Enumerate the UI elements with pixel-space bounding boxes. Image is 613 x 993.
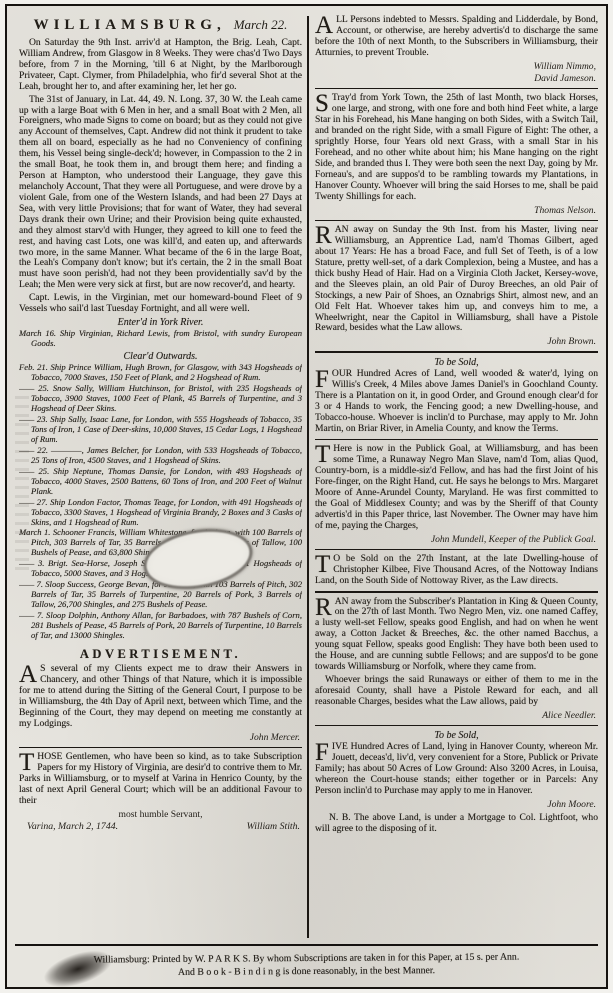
ad-body-text: Tray'd from York Town, the 25th of last …: [315, 92, 598, 201]
to-be-sold-heading: To be Sold,: [315, 357, 598, 368]
ad-four-hundred-acres: To be Sold, FOUR Hundred Acres of Land, …: [315, 357, 598, 435]
masthead: WILLIAMSBURG, March 22.: [19, 16, 302, 34]
ad-body-text: AN away on Sunday the 9th Inst. from his…: [315, 224, 598, 333]
drop-cap: F: [315, 742, 332, 763]
ad-paragraph: THere is now in the Publick Goal, at Wil…: [315, 444, 598, 531]
shipping-entry: —— 27. Ship London Factor, Thomas Teage,…: [19, 498, 302, 528]
masthead-date: March 22.: [234, 17, 288, 32]
section-rule: [315, 351, 598, 353]
ad-paragraph: STray'd from York Town, the 25th of last…: [315, 93, 598, 202]
ad-paragraph: FOUR Hundred Acres of Land, well wooded …: [315, 369, 598, 435]
signature: William Nimmo,: [315, 61, 596, 72]
entered-in-york-river-heading: Enter'd in York River.: [19, 317, 302, 328]
news-paragraph: On Saturday the 9th Inst. arriv'd at Ham…: [19, 38, 302, 93]
ad-paragraph: RAN away from the Subscriber's Plantatio…: [315, 597, 598, 673]
ad-runaway-apprentice: RAN away on Sunday the 9th Inst. from hi…: [315, 225, 598, 347]
ad-body-text: IVE Hundred Acres of Land, lying in Hano…: [315, 741, 598, 796]
news-paragraph: The 31st of January, in Lat. 44, 49. N. …: [19, 95, 302, 292]
cleared-outwards-heading: Clear'd Outwards.: [19, 351, 302, 362]
drop-cap: F: [315, 369, 332, 390]
shipping-entry: —— 3. Brigt. Sea-Horse, Joseph Stevens, …: [19, 559, 302, 579]
drop-cap: R: [315, 597, 335, 618]
shipping-entry: —— 25. Ship Neptune, Thomas Dansie, for …: [19, 467, 302, 497]
ad-body-text: OUR Hundred Acres of Land, well wooded &…: [315, 368, 598, 434]
section-rule: [19, 747, 302, 749]
ad-publick-goal: THere is now in the Publick Goal, at Wil…: [315, 444, 598, 544]
dateline: Varina, March 2, 1744.: [27, 821, 118, 832]
ad-body-text: S several of my Clients expect me to dra…: [19, 663, 302, 729]
drop-cap: S: [315, 93, 332, 114]
section-rule: [315, 220, 598, 222]
shipping-entry: March 16. Ship Virginian, Richard Lewis,…: [19, 329, 302, 349]
ad-paragraph: ALL Persons indebted to Messrs. Spalding…: [315, 15, 598, 59]
shipping-entry: Feb. 21. Ship Prince William, Hugh Brown…: [19, 363, 302, 383]
dateline-row: Varina, March 2, 1744. William Stith.: [27, 821, 300, 832]
ad-paragraph: RAN away on Sunday the 9th Inst. from hi…: [315, 225, 598, 334]
ad-paragraph: TO be Sold on the 27th Instant, at the l…: [315, 554, 598, 587]
section-rule: [315, 725, 598, 727]
nota-bene: N. B. The above Land, is under a Mortgag…: [315, 813, 598, 835]
signature: John Brown.: [315, 336, 596, 347]
newspaper-scan-page: WILLIAMSBURG, March 22. On Saturday the …: [0, 0, 613, 993]
signature: David Jameson.: [315, 73, 596, 84]
shipping-entry: —— 7. Sloop Success, George Bevan, for J…: [19, 580, 302, 610]
advertisement-heading: ADVERTISEMENT.: [19, 647, 302, 662]
page-border-frame: WILLIAMSBURG, March 22. On Saturday the …: [5, 4, 608, 989]
signature: Thomas Nelson.: [315, 205, 596, 216]
shipping-entry: March 1. Schooner Francis, William White…: [19, 528, 302, 558]
left-column: WILLIAMSBURG, March 22. On Saturday the …: [19, 14, 302, 936]
ad-paragraph: FIVE Hundred Acres of Land, lying in Han…: [315, 742, 598, 797]
drop-cap: T: [19, 752, 37, 773]
shipping-entry: —— 23. Ship Sally, Isaac Lane, for Londo…: [19, 415, 302, 445]
ad-body-text: AN away from the Subscriber's Plantation…: [315, 596, 598, 673]
to-be-sold-heading: To be Sold,: [315, 730, 598, 741]
section-rule: [315, 439, 598, 441]
closing-line: most humble Servant,: [19, 809, 302, 820]
ad-nottoway-land: TO be Sold on the 27th Instant, at the l…: [315, 554, 598, 587]
signature: John Mercer.: [19, 732, 300, 743]
ad-strayed-horses: STray'd from York Town, the 25th of last…: [315, 93, 598, 215]
signature: John Moore.: [315, 799, 596, 810]
ad-body-text: LL Persons indebted to Messrs. Spalding …: [315, 14, 598, 58]
drop-cap: A: [19, 664, 40, 685]
shipping-entry: —— 7. Sloop Dolphin, Anthony Allan, for …: [19, 611, 302, 641]
ad-spalding-lidderdale: ALL Persons indebted to Messrs. Spalding…: [315, 15, 598, 84]
footer-rule: [15, 944, 598, 946]
printer-imprint: Williamsburg: Printed by W. P A R K S. B…: [15, 951, 598, 981]
column-divider: [307, 16, 309, 938]
news-paragraph: Capt. Lewis, in the Virginian, met our h…: [19, 293, 302, 315]
ad-paragraph: Whoever brings the said Runaways or eith…: [315, 675, 598, 708]
signature: Alice Needler.: [315, 710, 596, 721]
ad-body-text: Here is now in the Publick Goal, at Will…: [315, 443, 598, 530]
shipping-entry: —— 22. ————, James Belcher, for London, …: [19, 446, 302, 466]
signature: William Stith.: [247, 821, 300, 832]
drop-cap: R: [315, 225, 335, 246]
ad-five-hundred-acres: To be Sold, FIVE Hundred Acres of Land, …: [315, 730, 598, 834]
shipping-entry: —— 25. Snow Sally, William Hutchinson, f…: [19, 384, 302, 414]
stith-advertisement: THOSE Gentlemen, who have been so kind, …: [19, 752, 302, 807]
section-rule: [315, 88, 598, 90]
ad-body-text: HOSE Gentlemen, who have been so kind, a…: [19, 751, 302, 806]
mercer-advertisement: AS several of my Clients expect me to dr…: [19, 664, 302, 730]
section-rule: [315, 591, 598, 593]
ad-runaway-two-men: RAN away from the Subscriber's Plantatio…: [315, 597, 598, 721]
drop-cap: T: [315, 444, 333, 465]
drop-cap: A: [315, 15, 336, 36]
right-column: ALL Persons indebted to Messrs. Spalding…: [315, 14, 598, 936]
ad-body-text: O be Sold on the 27th Instant, at the la…: [315, 553, 598, 586]
section-rule: [315, 549, 598, 551]
drop-cap: T: [315, 554, 333, 575]
signature: John Mundell, Keeper of the Publick Goal…: [315, 534, 596, 545]
masthead-city: WILLIAMSBURG,: [34, 17, 226, 33]
